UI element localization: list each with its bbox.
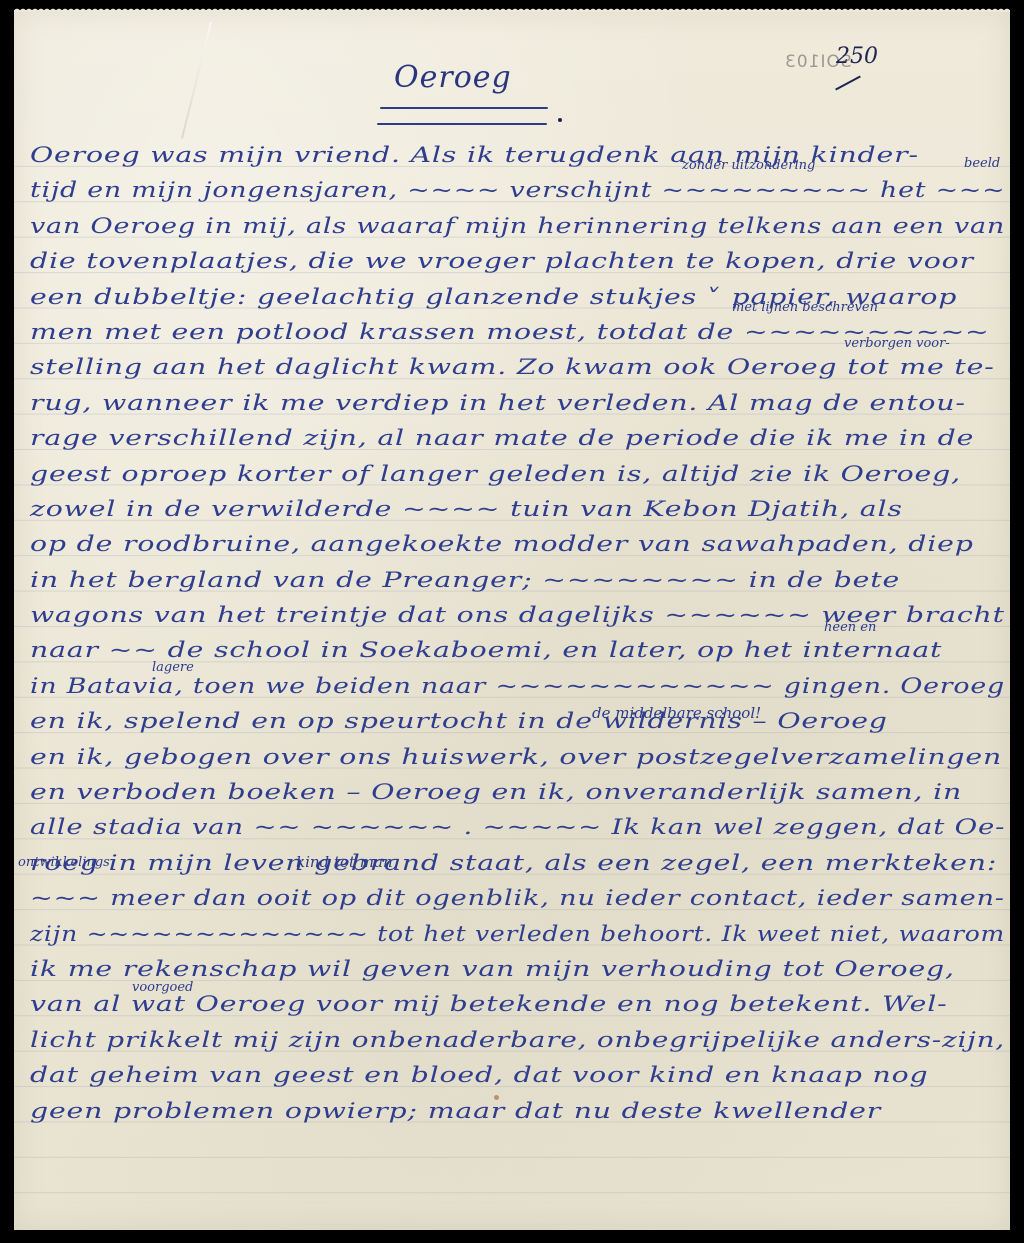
line-text: stelling aan het daglicht kwam. Zo kwam … bbox=[30, 350, 995, 385]
paper-crease bbox=[181, 22, 212, 139]
line-text: en verboden boeken – Oeroeg en ik, onver… bbox=[30, 775, 962, 810]
line-text: geest oproep korter of langer geleden is… bbox=[30, 457, 961, 492]
line-text: alle stadia van ~~ ~~~~~~ . ~~~~~ Ik kan… bbox=[30, 810, 1005, 845]
manuscript-body: Oeroeg was mijn vriend. Als ik terugdenk… bbox=[30, 138, 1010, 1129]
text-line: zowel in de verwilderde ~~~~ tuin van Ke… bbox=[30, 492, 1010, 527]
title-underline bbox=[380, 107, 548, 109]
line-text: dat geheim van geest en bloed, dat voor … bbox=[30, 1058, 928, 1093]
text-line: en verboden boeken – Oeroeg en ik, onver… bbox=[30, 775, 1010, 810]
text-line: alle stadia van ~~ ~~~~~~ . ~~~~~ Ik kan… bbox=[30, 810, 1010, 845]
text-line: een dubbeltje: geelachtig glanzende stuk… bbox=[30, 280, 1010, 315]
text-line: geen problemen opwierp; maar dat nu dest… bbox=[30, 1094, 1010, 1129]
title-underline bbox=[377, 123, 547, 125]
line-text: licht prikkelt mij zijn onbenaderbare, o… bbox=[30, 1023, 1005, 1058]
text-line: stelling aan het daglicht kwam. Zo kwam … bbox=[30, 350, 1010, 385]
line-text: een dubbeltje: geelachtig glanzende stuk… bbox=[30, 280, 957, 315]
title-dot bbox=[558, 118, 562, 122]
text-line: licht prikkelt mij zijn onbenaderbare, o… bbox=[30, 1023, 1010, 1058]
line-text: roeg in mijn leven gebrand staat, als ee… bbox=[30, 846, 997, 881]
line-text: naar ~~ de school in Soekaboemi, en late… bbox=[30, 633, 942, 668]
line-text: rage verschillend zijn, al naar mate de … bbox=[30, 421, 974, 456]
line-text: in Batavia, toen we beiden naar ~~~~~~~~… bbox=[30, 669, 1005, 704]
line-text: ~~~ meer dan ooit op dit ogenblik, nu ie… bbox=[30, 881, 1005, 916]
line-text: rug, wanneer ik me verdiep in het verled… bbox=[30, 386, 966, 421]
line-text: zowel in de verwilderde ~~~~ tuin van Ke… bbox=[30, 492, 903, 527]
text-line: men met een potlood krassen moest, totda… bbox=[30, 315, 1010, 350]
line-text: en ik, spelend en op speurtocht in de wi… bbox=[30, 704, 888, 739]
text-line: roeg in mijn leven gebrand staat, als ee… bbox=[30, 846, 1010, 881]
text-line: wagons van het treintje dat ons dagelijk… bbox=[30, 598, 1010, 633]
text-line: van al wat Oeroeg voor mij betekende en … bbox=[30, 987, 1010, 1022]
line-text: die tovenplaatjes, die we vroeger placht… bbox=[30, 244, 974, 279]
text-line: naar ~~ de school in Soekaboemi, en late… bbox=[30, 633, 1010, 668]
line-text: in het bergland van de Preanger; ~~~~~~~… bbox=[30, 563, 900, 598]
line-text: men met een potlood krassen moest, totda… bbox=[30, 315, 990, 350]
manuscript-page: SOI103 250 Oeroeg zonder uitzondering be… bbox=[14, 10, 1010, 1230]
line-text: wagons van het treintje dat ons dagelijk… bbox=[30, 598, 1005, 633]
text-line: tijd en mijn jongensjaren, ~~~~ verschij… bbox=[30, 173, 1010, 208]
text-line: geest oproep korter of langer geleden is… bbox=[30, 457, 1010, 492]
text-line: ik me rekenschap wil geven van mijn verh… bbox=[30, 952, 1010, 987]
line-text: geen problemen opwierp; maar dat nu dest… bbox=[30, 1094, 881, 1129]
line-text: zijn ~~~~~~~~~~~~~ tot het verleden beho… bbox=[30, 917, 1005, 952]
text-line: en ik, spelend en op speurtocht in de wi… bbox=[30, 704, 1010, 739]
page-number-underline bbox=[835, 76, 861, 91]
line-text: Oeroeg was mijn vriend. Als ik terugdenk… bbox=[30, 138, 919, 173]
text-line: Oeroeg was mijn vriend. Als ik terugdenk… bbox=[30, 138, 1010, 173]
text-line: dat geheim van geest en bloed, dat voor … bbox=[30, 1058, 1010, 1093]
text-line: rug, wanneer ik me verdiep in het verled… bbox=[30, 386, 1010, 421]
page-number: 250 bbox=[836, 44, 878, 69]
text-line: van Oeroeg in mij, als waaraf mijn herin… bbox=[30, 209, 1010, 244]
line-text: op de roodbruine, aangekoekte modder van… bbox=[30, 527, 974, 562]
line-text: van al wat Oeroeg voor mij betekende en … bbox=[30, 987, 948, 1022]
text-line: rage verschillend zijn, al naar mate de … bbox=[30, 421, 1010, 456]
manuscript-title: Oeroeg bbox=[394, 60, 512, 95]
text-line: en ik, gebogen over ons huiswerk, over p… bbox=[30, 740, 1010, 775]
text-line: in het bergland van de Preanger; ~~~~~~~… bbox=[30, 563, 1010, 598]
text-line: die tovenplaatjes, die we vroeger placht… bbox=[30, 244, 1010, 279]
text-line: ~~~ meer dan ooit op dit ogenblik, nu ie… bbox=[30, 881, 1010, 916]
line-text: van Oeroeg in mij, als waaraf mijn herin… bbox=[30, 209, 1005, 244]
line-text: tijd en mijn jongensjaren, ~~~~ verschij… bbox=[30, 173, 1005, 208]
text-line: zijn ~~~~~~~~~~~~~ tot het verleden beho… bbox=[30, 917, 1010, 952]
text-line: in Batavia, toen we beiden naar ~~~~~~~~… bbox=[30, 669, 1010, 704]
text-line: op de roodbruine, aangekoekte modder van… bbox=[30, 527, 1010, 562]
line-text: ik me rekenschap wil geven van mijn verh… bbox=[30, 952, 955, 987]
line-text: en ik, gebogen over ons huiswerk, over p… bbox=[30, 740, 1002, 775]
